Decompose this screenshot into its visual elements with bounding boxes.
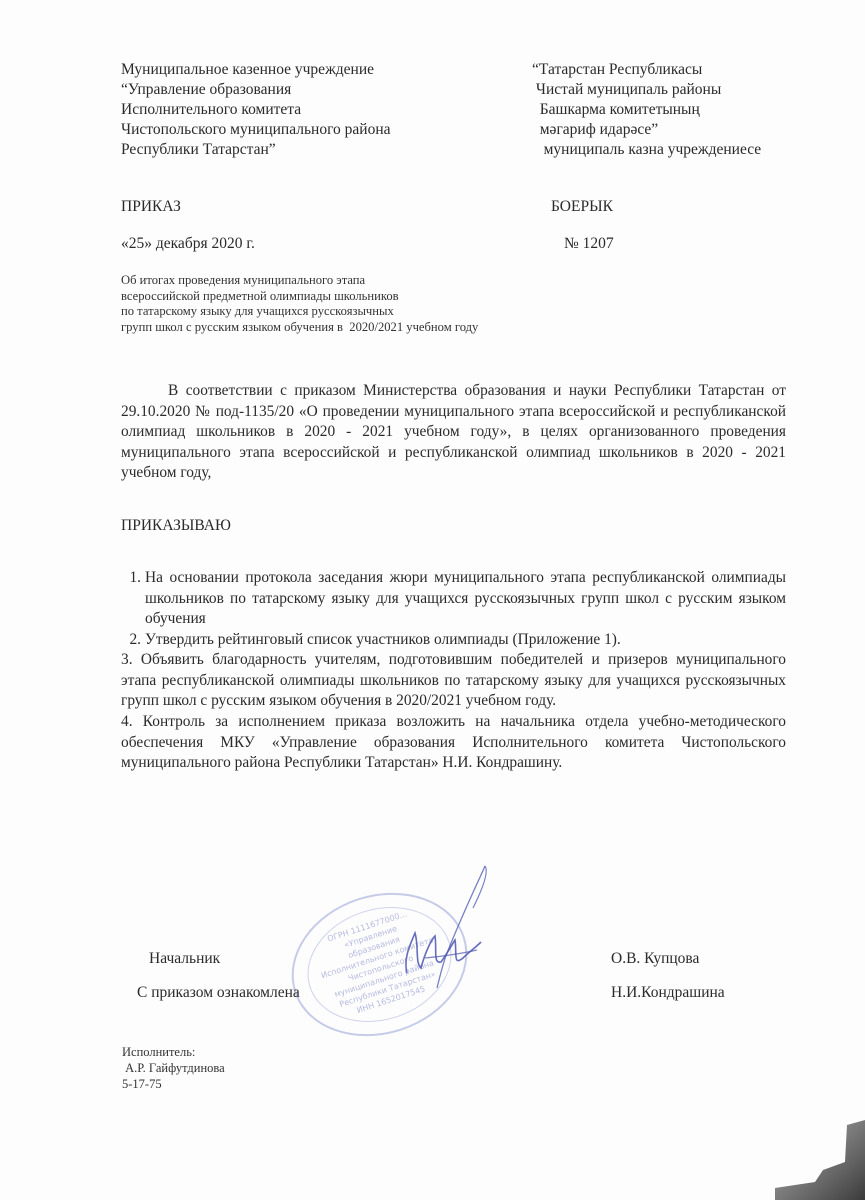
order-date: «25» декабря 2020 г.	[121, 235, 255, 253]
header-left-org: Муниципальное казенное учреждение “Управ…	[121, 60, 391, 160]
order-word: ПРИКАЗЫВАЮ	[121, 517, 231, 535]
item-number: 1.	[121, 568, 141, 589]
title-prikaz: ПРИКАЗ	[121, 198, 181, 216]
acknowledgement-name: Н.И.Кондрашина	[611, 984, 725, 1002]
order-item-2: 2. Утвердить рейтинговый список участник…	[121, 630, 786, 651]
item-number: 2.	[121, 630, 141, 651]
signatory-name: О.В. Купцова	[611, 950, 699, 968]
order-number: № 1207	[564, 235, 614, 253]
scan-shadow-corner	[775, 1090, 865, 1200]
item-text: 4. Контроль за исполнением приказа возло…	[121, 713, 786, 771]
title-boeryk: БОЕРЫК	[551, 198, 613, 216]
order-item-1: 1. На основании протокола заседания жюри…	[121, 568, 786, 630]
executor-info: Исполнитель: А.Р. Гайфутдинова 5-17-75	[122, 1044, 225, 1092]
order-item-4: 4. Контроль за исполнением приказа возло…	[121, 712, 786, 774]
preamble-paragraph: В соответствии с приказом Министерства о…	[121, 381, 786, 484]
order-item-3: 3. Объявить благодарность учителям, подг…	[121, 650, 786, 712]
acknowledgement-label: С приказом ознакомлена	[137, 984, 300, 1002]
item-text: На основании протокола заседания жюри му…	[145, 568, 786, 630]
item-text: Утвердить рейтинговый список участников …	[145, 630, 786, 651]
order-subject: Об итогах проведения муниципального этап…	[121, 273, 478, 335]
signatory-role: Начальник	[149, 950, 220, 968]
header-right-org-tatar: “Татарстан Республикасы Чистай муниципал…	[532, 60, 761, 160]
item-text: 3. Объявить благодарность учителям, подг…	[121, 651, 786, 709]
signature-icon	[385, 858, 495, 998]
